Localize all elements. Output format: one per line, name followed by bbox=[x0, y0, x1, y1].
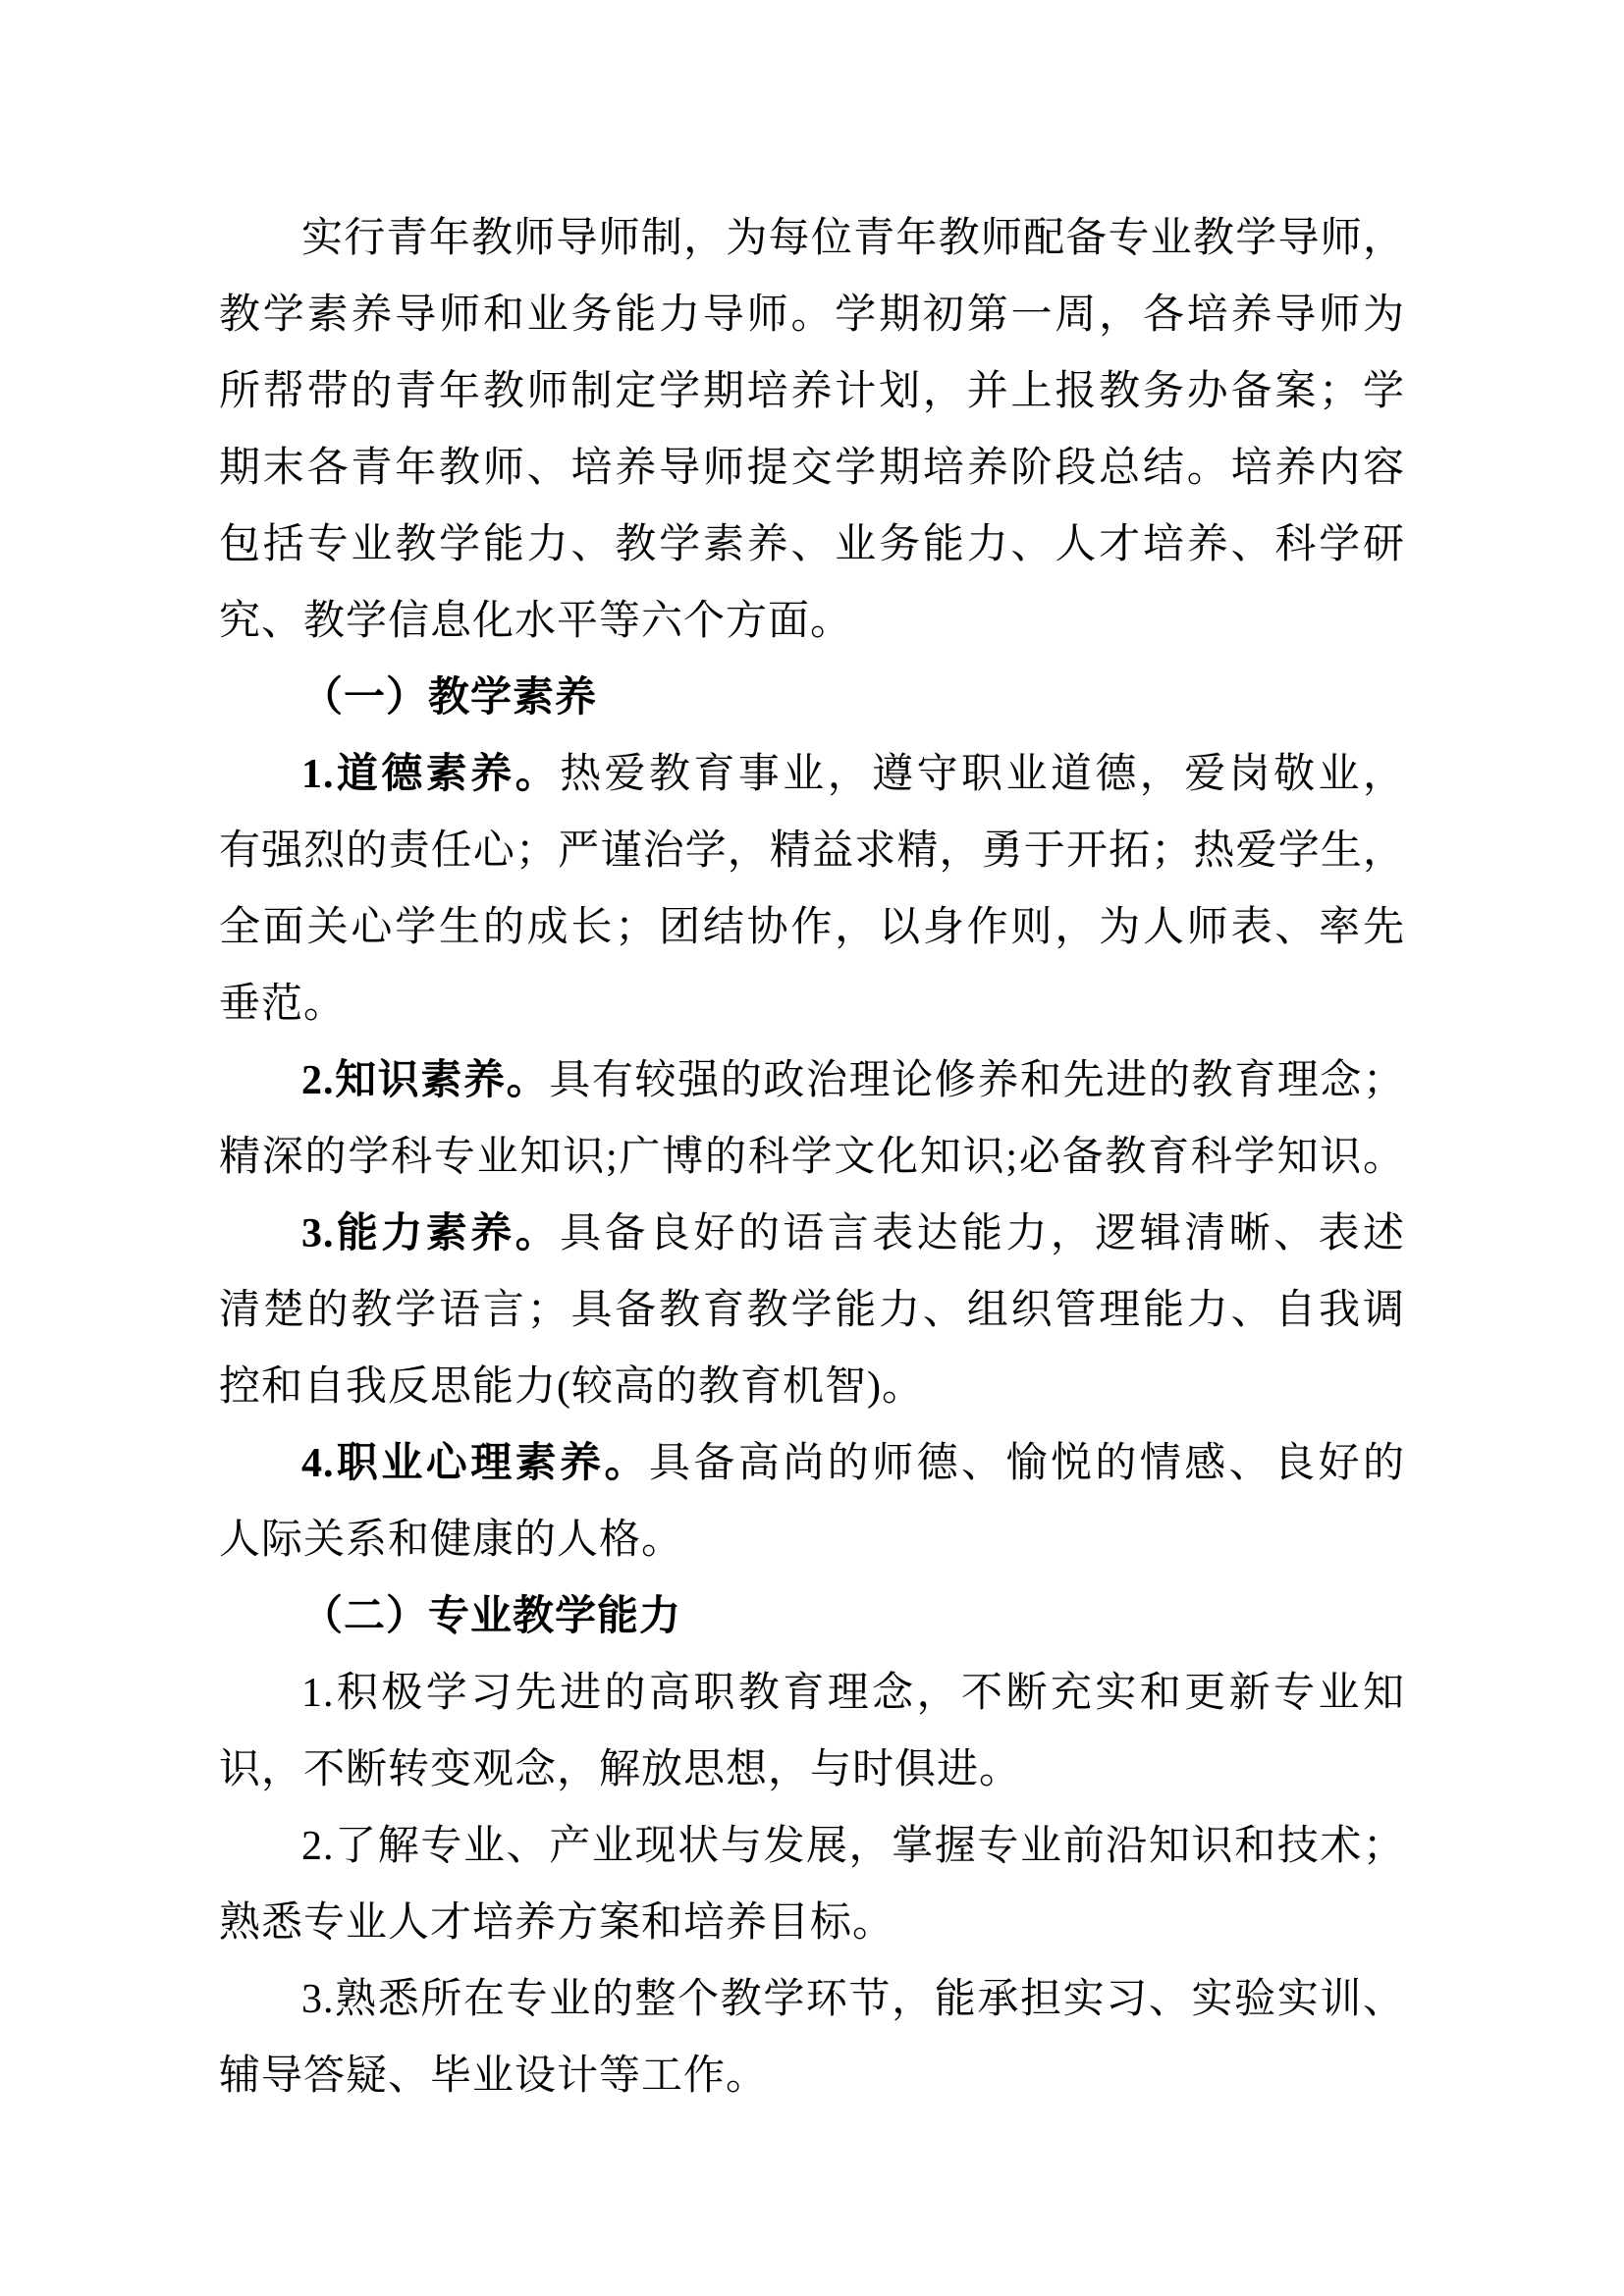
text-run: 1.积极学习先进的高职教育理念，不断充实和更新专业知 bbox=[301, 1671, 1405, 1716]
bold-text-run: （二）专业教学能力 bbox=[301, 1594, 681, 1639]
bold-text-run: 4.职业心理素养。 bbox=[301, 1441, 649, 1486]
text-line: 熟悉专业人才培养方案和培养目标。 bbox=[219, 1885, 1405, 1961]
text-line: 实行青年教师导师制，为每位青年教师配备专业教学导师， bbox=[219, 200, 1405, 277]
text-run: 期末各青年教师、培养导师提交学期培养阶段总结。培养内容 bbox=[219, 446, 1405, 491]
text-run: 具备高尚的师德、愉悦的情感、良好的 bbox=[649, 1441, 1405, 1486]
text-run: 全面关心学生的成长；团结协作，以身作则，为人师表、率先 bbox=[219, 905, 1405, 950]
bold-text-run: 1.道德素养。 bbox=[301, 752, 560, 797]
text-line: 4.职业心理素养。具备高尚的师德、愉悦的情感、良好的 bbox=[219, 1425, 1405, 1502]
text-line: 期末各青年教师、培养导师提交学期培养阶段总结。培养内容 bbox=[219, 430, 1405, 507]
text-run: 3.熟悉所在专业的整个教学环节，能承担实习、实验实训、 bbox=[301, 1977, 1405, 2022]
text-run: 究、教学信息化水平等六个方面。 bbox=[219, 599, 852, 644]
moral-quality-paragraph: 1.道德素养。热爱教育事业，遵守职业道德，爱岗敬业，有强烈的责任心；严谨治学，精… bbox=[219, 736, 1405, 1042]
knowledge-quality-paragraph: 2.知识素养。具有较强的政治理论修养和先进的教育理念；精深的学科专业知识;广博的… bbox=[219, 1042, 1405, 1196]
intro-paragraph: 实行青年教师导师制，为每位青年教师配备专业教学导师，教学素养导师和业务能力导师。… bbox=[219, 200, 1405, 660]
text-run: 具备良好的语言表达能力，逻辑清晰、表述 bbox=[560, 1211, 1405, 1256]
heading-line: （二）专业教学能力 bbox=[219, 1578, 1405, 1655]
text-line: 清楚的教学语言；具备教育教学能力、组织管理能力、自我调 bbox=[219, 1272, 1405, 1349]
item-3-paragraph: 3.熟悉所在专业的整个教学环节，能承担实习、实验实训、辅导答疑、毕业设计等工作。 bbox=[219, 1961, 1405, 2114]
text-line: 1.积极学习先进的高职教育理念，不断充实和更新专业知 bbox=[219, 1655, 1405, 1732]
text-line: 3.能力素养。具备良好的语言表达能力，逻辑清晰、表述 bbox=[219, 1196, 1405, 1272]
text-line: 2.了解专业、产业现状与发展，掌握专业前沿知识和技术； bbox=[219, 1808, 1405, 1885]
text-line: 全面关心学生的成长；团结协作，以身作则，为人师表、率先 bbox=[219, 889, 1405, 966]
text-run: 精深的学科专业知识;广博的科学文化知识;必备教育科学知识。 bbox=[219, 1135, 1405, 1180]
document-page: 实行青年教师导师制，为每位青年教师配备专业教学导师，教学素养导师和业务能力导师。… bbox=[0, 0, 1624, 2296]
text-run: 控和自我反思能力(较高的教育机智)。 bbox=[219, 1364, 924, 1410]
text-run: 有强烈的责任心；严谨治学，精益求精，勇于开拓；热爱学生， bbox=[219, 828, 1405, 874]
text-run: 包括专业教学能力、教学素养、业务能力、人才培养、科学研 bbox=[219, 522, 1405, 567]
text-run: 熟悉专业人才培养方案和培养目标。 bbox=[219, 1900, 894, 1946]
text-line: 识，不断转变观念，解放思想，与时俱进。 bbox=[219, 1732, 1405, 1808]
text-line: 控和自我反思能力(较高的教育机智)。 bbox=[219, 1349, 1405, 1425]
item-2-paragraph: 2.了解专业、产业现状与发展，掌握专业前沿知识和技术；熟悉专业人才培养方案和培养… bbox=[219, 1808, 1405, 1961]
psychological-quality-paragraph: 4.职业心理素养。具备高尚的师德、愉悦的情感、良好的人际关系和健康的人格。 bbox=[219, 1425, 1405, 1578]
bold-text-run: （一）教学素养 bbox=[301, 675, 597, 721]
text-run: 2.了解专业、产业现状与发展，掌握专业前沿知识和技术； bbox=[301, 1824, 1405, 1869]
text-line: 所帮带的青年教师制定学期培养计划，并上报教务办备案；学 bbox=[219, 353, 1405, 430]
bold-text-run: 2.知识素养。 bbox=[301, 1058, 549, 1103]
text-run: 所帮带的青年教师制定学期培养计划，并上报教务办备案；学 bbox=[219, 369, 1405, 414]
item-1-paragraph: 1.积极学习先进的高职教育理念，不断充实和更新专业知识，不断转变观念，解放思想，… bbox=[219, 1655, 1405, 1808]
text-line: 教学素养导师和业务能力导师。学期初第一周，各培养导师为 bbox=[219, 277, 1405, 353]
text-line: 有强烈的责任心；严谨治学，精益求精，勇于开拓；热爱学生， bbox=[219, 813, 1405, 889]
text-run: 人际关系和健康的人格。 bbox=[219, 1518, 683, 1563]
text-run: 教学素养导师和业务能力导师。学期初第一周，各培养导师为 bbox=[219, 293, 1405, 338]
text-line: 3.熟悉所在专业的整个教学环节，能承担实习、实验实训、 bbox=[219, 1961, 1405, 2038]
text-run: 清楚的教学语言；具备教育教学能力、组织管理能力、自我调 bbox=[219, 1288, 1405, 1333]
text-run: 识，不断转变观念，解放思想，与时俱进。 bbox=[219, 1747, 1021, 1792]
text-line: 人际关系和健康的人格。 bbox=[219, 1502, 1405, 1578]
text-run: 热爱教育事业，遵守职业道德，爱岗敬业， bbox=[560, 752, 1405, 797]
text-line: 究、教学信息化水平等六个方面。 bbox=[219, 583, 1405, 660]
text-run: 辅导答疑、毕业设计等工作。 bbox=[219, 2054, 768, 2099]
section-1-heading: （一）教学素养 bbox=[219, 660, 1405, 736]
text-run: 具有较强的政治理论修养和先进的教育理念； bbox=[549, 1058, 1405, 1103]
text-line: 辅导答疑、毕业设计等工作。 bbox=[219, 2038, 1405, 2114]
text-line: 2.知识素养。具有较强的政治理论修养和先进的教育理念； bbox=[219, 1042, 1405, 1119]
ability-quality-paragraph: 3.能力素养。具备良好的语言表达能力，逻辑清晰、表述清楚的教学语言；具备教育教学… bbox=[219, 1196, 1405, 1425]
section-2-heading: （二）专业教学能力 bbox=[219, 1578, 1405, 1655]
heading-line: （一）教学素养 bbox=[219, 660, 1405, 736]
text-run: 实行青年教师导师制，为每位青年教师配备专业教学导师， bbox=[301, 216, 1405, 261]
text-line: 精深的学科专业知识;广博的科学文化知识;必备教育科学知识。 bbox=[219, 1119, 1405, 1196]
bold-text-run: 3.能力素养。 bbox=[301, 1211, 560, 1256]
document-content: 实行青年教师导师制，为每位青年教师配备专业教学导师，教学素养导师和业务能力导师。… bbox=[219, 200, 1405, 2114]
text-run: 垂范。 bbox=[219, 982, 346, 1027]
text-line: 1.道德素养。热爱教育事业，遵守职业道德，爱岗敬业， bbox=[219, 736, 1405, 813]
text-line: 垂范。 bbox=[219, 966, 1405, 1042]
text-line: 包括专业教学能力、教学素养、业务能力、人才培养、科学研 bbox=[219, 507, 1405, 583]
